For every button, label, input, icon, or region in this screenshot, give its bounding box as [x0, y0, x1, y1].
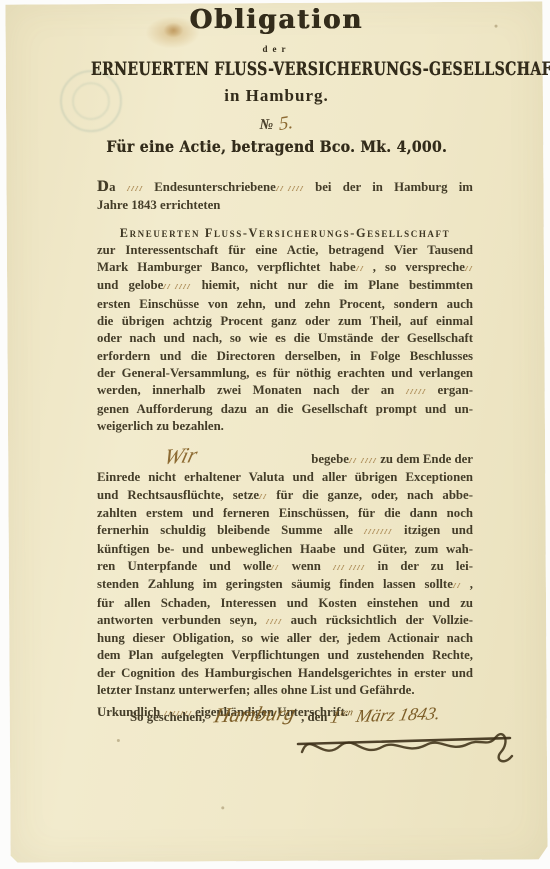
printed-text: stenden Zahlung im geringsten säumig fin… [97, 577, 453, 591]
text-line: Erneuerten Fluss-Versicherungs-Gesellsch… [97, 225, 473, 242]
printed-text: Jahre 1843 errichteten [97, 198, 220, 212]
printed-text: Endesunterschriebene [143, 180, 276, 194]
text-line: hung dieser Obligation, so wie aller der… [97, 630, 473, 647]
printed-text: a [109, 180, 127, 194]
text-line: weigerlich zu bezahlen. [97, 418, 473, 435]
text-line: stenden Zahlung im geringsten säumig fin… [97, 576, 473, 594]
text-line: Wirbegebeıı ıııı zu dem Ende der [97, 447, 473, 469]
certificate-number-line: №5. [8, 113, 545, 135]
printed-text: weigerlich zu bezahlen. [97, 419, 224, 433]
handwritten-wir: Wir [162, 446, 199, 465]
denomination-text: Für eine Actie, betragend Bco. Mk. 4,000… [106, 137, 447, 156]
text-line: ersten Einschüsse von zehn, und zehn Pro… [97, 296, 473, 313]
printed-text: für die ganze, oder, nach abbe- [267, 488, 473, 502]
printed-text: wenn [280, 559, 334, 573]
printed-text: , so verspreche [364, 260, 465, 274]
printed-text: genen Aufforderung dazu an die Gesellsch… [97, 402, 473, 416]
printed-text: antworten verbunden seyn, [97, 613, 266, 627]
document-title: Obligation [8, 5, 545, 35]
printed-text: ergan- [426, 383, 473, 397]
printed-text: werden, innerhalb zwei Monaten nach der … [97, 383, 406, 397]
text-line: künftigen be- und unbeweglichen Haabe un… [97, 541, 473, 558]
printed-text: und Rechtsausflüchte, setze [97, 488, 259, 502]
printed-text: hung dieser Obligation, so wie aller der… [97, 631, 473, 645]
printed-text: oder nach und nach, so wie es die Umstän… [97, 331, 473, 345]
printed-text: die übrigen achtzig Procent ganz oder zu… [97, 314, 473, 328]
text-group: begebeıı ıııı zu dem Ende der [311, 451, 473, 469]
company-name-text: ERNEUERTEN FLUSS-VERSICHERUNGS-GESELLSCH… [91, 58, 550, 80]
text-line: zur Interessentschaft für eine Actie, be… [97, 242, 473, 259]
handwritten-mark: ııııı [403, 383, 430, 400]
printed-text: in der zu lei- [365, 559, 473, 573]
printed-text: zahlten erstem und ferneren Einschüssen,… [97, 506, 473, 520]
handwritten-number: 5. [279, 112, 293, 136]
text-line: letzter Instanz unterwerfen; alles ohne … [97, 682, 473, 699]
printed-text: Mark Hamburger Banco, verpflichtet habe [97, 260, 356, 274]
text-line: oder nach und nach, so wie es die Umstän… [97, 330, 473, 347]
text-line: dem Plan aufgelegten Verpflichtungen und… [97, 647, 473, 664]
printed-text: letzter Instanz unterwerfen; alles ohne … [97, 683, 415, 697]
handwritten-mark: ıı ıııı [346, 452, 380, 469]
denomination-line: Für eine Actie, betragend Bco. Mk. 4,000… [8, 137, 545, 157]
subtitle-der: der [8, 44, 545, 54]
dropcap-letter: D [97, 178, 109, 195]
printed-text: der General-Versammlung, es für nöthig e… [97, 366, 473, 380]
text-line: genen Aufforderung dazu an die Gesellsch… [97, 401, 473, 418]
printed-text: ren Unterpfande und wolle [97, 559, 271, 573]
text-line: für allen Schaden, Interessen und Kosten… [97, 595, 473, 612]
paper-speck [117, 739, 120, 742]
printed-text: bei der in Hamburg im [304, 180, 473, 194]
printed-text: fernerhin schuldig bleibende Summe alle [97, 523, 364, 537]
text-line: der General-Versammlung, es für nöthig e… [97, 365, 473, 382]
body-lines: Da ıııı Endesunterschriebeneıı ıııı bei … [97, 178, 473, 723]
printed-text: dem Plan aufgelegten Verpflichtungen und… [97, 648, 473, 662]
text-line: Da ıııı Endesunterschriebeneıı ıııı bei … [97, 178, 473, 197]
text-line: Einrede nicht erhaltener Valuta und alle… [97, 469, 473, 486]
handwritten-mark: ıı ıııı [160, 278, 194, 295]
printed-text: der Cognition des Hamburgischen Handelsg… [97, 666, 473, 680]
company-name: ERNEUERTEN FLUSS-VERSICHERUNGS-GESELLSCH… [8, 58, 545, 81]
printed-text: Einrede nicht erhaltener Valuta und alle… [97, 470, 473, 484]
text-line: erfordern und die Directoren derselben, … [97, 348, 473, 365]
text-line: fernerhin schuldig bleibende Summe alle … [97, 522, 473, 540]
text-line: antworten verbunden seyn, ıııı auch rück… [97, 612, 473, 630]
text-line: zahlten erstem und ferneren Einschüssen,… [97, 505, 473, 522]
paper-speck [221, 806, 224, 809]
printed-text: für allen Schaden, Interessen und Kosten… [97, 596, 473, 610]
printed-text: und gelobe [97, 278, 163, 292]
text-line: werden, innerhalb zwei Monaten nach der … [97, 382, 473, 400]
printed-text: zu dem Ende der [377, 452, 473, 466]
text-line: Mark Hamburger Banco, verpflichtet habeı… [97, 259, 473, 277]
text-line: und Rechtsausflüchte, setzeıı für die ga… [97, 487, 473, 505]
printed-text: künftigen be- und unbeweglichen Haabe un… [97, 542, 473, 556]
printed-text: auch rücksichtlich der Vollzie- [282, 613, 473, 627]
signature-strikethrough [296, 722, 518, 777]
so-geschehen-label: So geschehen, [130, 710, 205, 725]
city-line: in Hamburg. [8, 86, 545, 106]
text-line: Jahre 1843 errichteten [97, 197, 473, 214]
text-line: die übrigen achtzig Procent ganz oder zu… [97, 313, 473, 330]
printed-text: hiemit, nicht nur die im Plane bestimmte… [191, 278, 473, 292]
number-label: № [260, 117, 274, 133]
handwritten-city: Hamburg [212, 701, 298, 729]
printed-text: begebe [311, 452, 349, 466]
document-page: { "document": { "title": "Obligation", "… [0, 0, 550, 869]
text-line: und gelobeıı ıııı hiemit, nicht nur die … [97, 277, 473, 295]
printed-text: itzigen und [393, 523, 473, 537]
printed-text: erfordern und die Directoren derselben, … [97, 349, 473, 363]
text-line: ren Unterpfande und wolleıı wenn ııı ııı… [97, 558, 473, 576]
printed-text: zur Interessentschaft für eine Actie, be… [97, 243, 473, 257]
handwritten-mark: ıı ıııı [273, 180, 307, 197]
handwritten-mark: ııııııı [361, 523, 396, 540]
handwritten-mark: ııı ıııı [330, 559, 368, 576]
printed-text: ersten Einschüsse von zehn, und zehn Pro… [97, 297, 473, 311]
text-line: der Cognition des Hamburgischen Handelsg… [97, 665, 473, 682]
